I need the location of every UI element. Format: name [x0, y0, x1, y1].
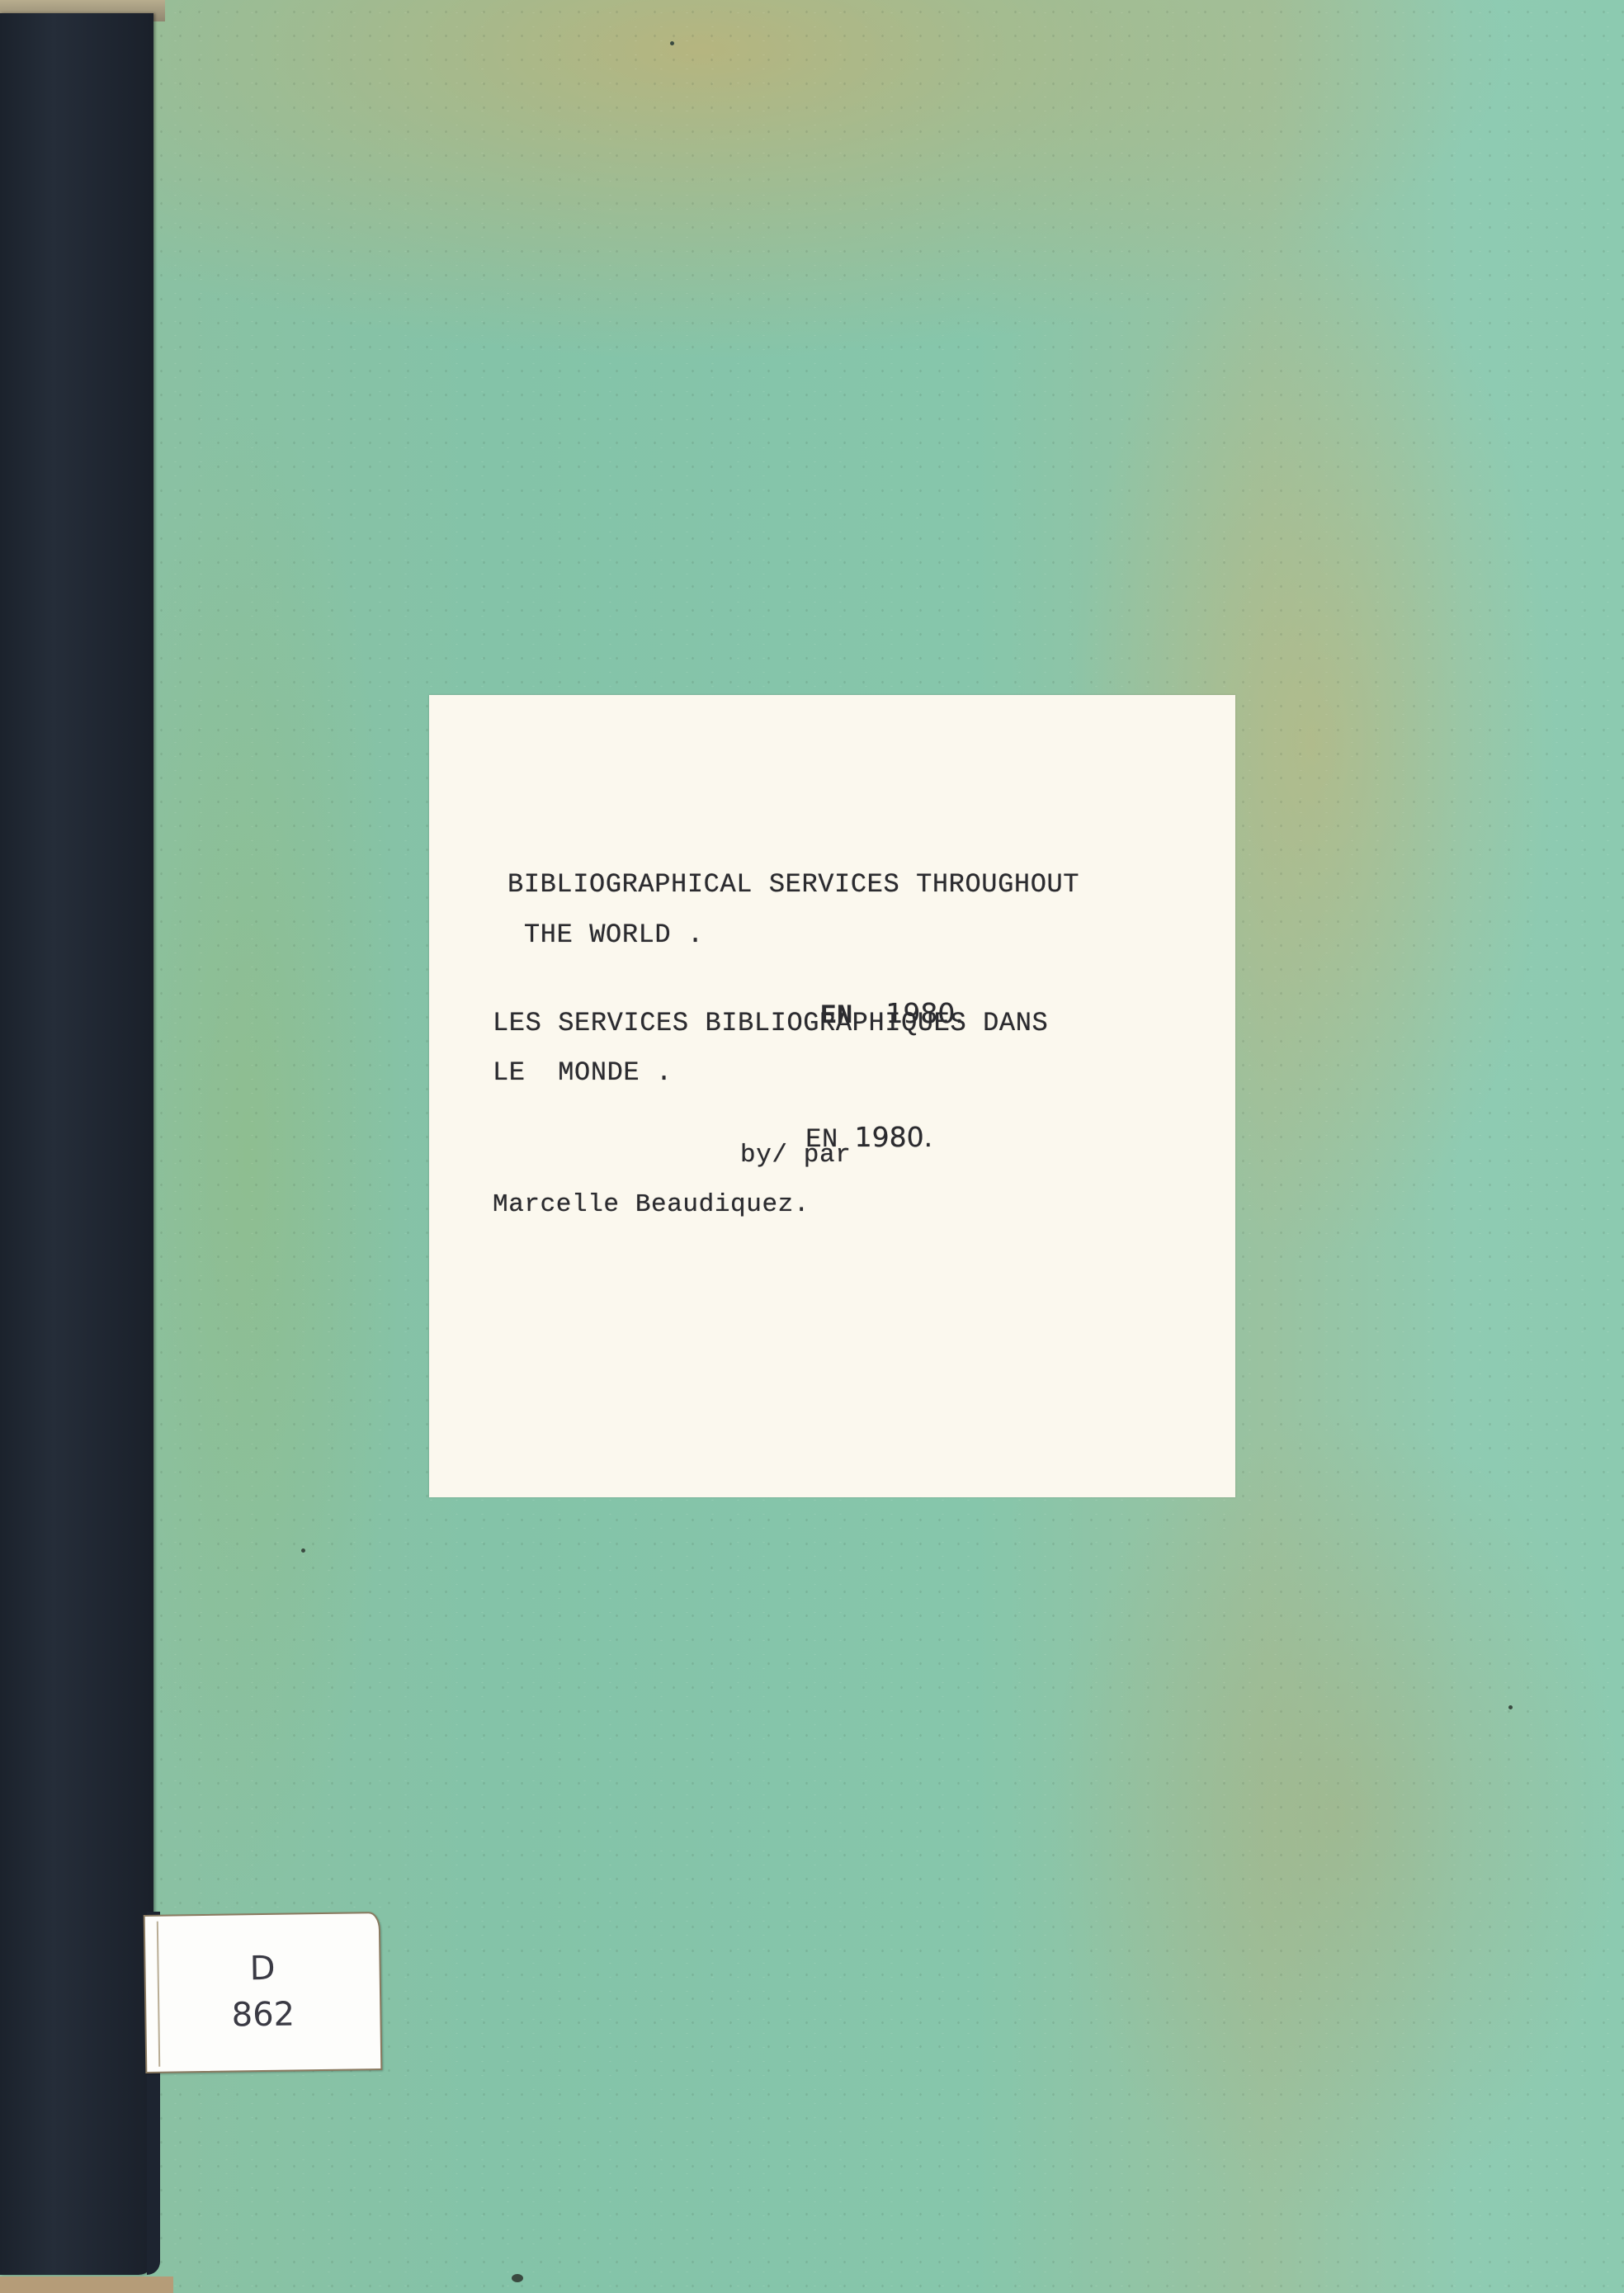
book-spine — [0, 13, 153, 2275]
title-en-line-2: THE WORLD . — [524, 920, 704, 950]
title-en-line-1: BIBLIOGRAPHICAL SERVICES THROUGHOUT — [507, 870, 1079, 900]
speck — [512, 2274, 523, 2282]
call-number-class: D — [145, 1948, 380, 1989]
call-number-item: 862 — [146, 1994, 380, 2035]
by-line: by/ par — [740, 1141, 851, 1170]
spine-bottom-edge — [0, 2276, 173, 2293]
title-label: BIBLIOGRAPHICAL SERVICES THROUGHOUT THE … — [429, 695, 1235, 1497]
speck — [1508, 1705, 1513, 1709]
title-fr-line-1: LES SERVICES BIBLIOGRAPHIQUES DANS — [493, 1009, 1048, 1038]
date-year: 1980. — [855, 1121, 932, 1153]
speck — [301, 1548, 305, 1553]
author-name: Marcelle Beaudiquez. — [493, 1190, 810, 1220]
title-fr-line-2: LE MONDE . — [493, 1058, 673, 1088]
date-line-fr: EN 1980. — [740, 1093, 932, 1184]
call-number-sticker: D 862 — [144, 1912, 383, 2073]
sticker-edge-line — [157, 1922, 160, 2067]
speck — [670, 41, 674, 45]
